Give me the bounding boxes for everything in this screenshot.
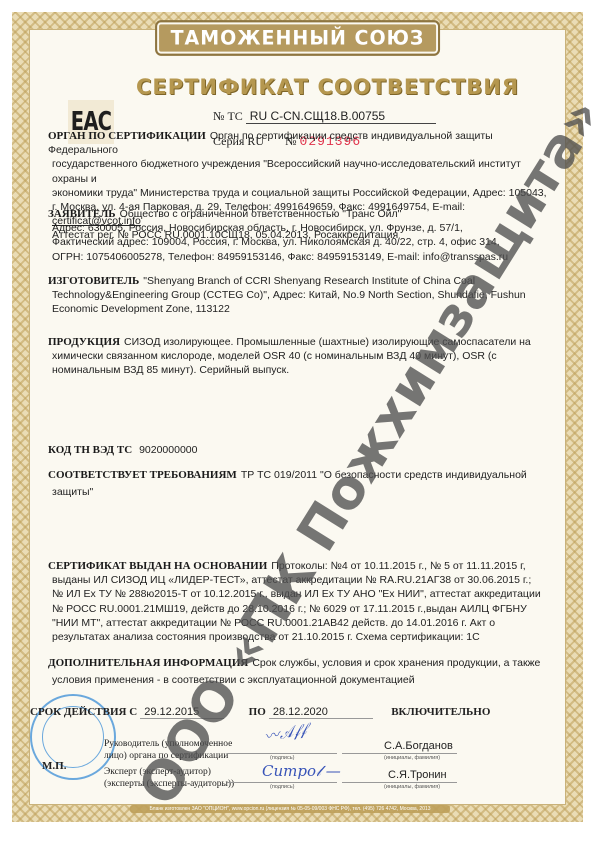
section-label: ДОПОЛНИТЕЛЬНАЯ ИНФОРМАЦИЯ bbox=[48, 657, 248, 669]
section-text: Протоколы: №4 от 10.11.2015 г., № 5 от 1… bbox=[271, 560, 525, 572]
section-text: Economic Development Zone, 113122 bbox=[48, 302, 553, 316]
section-label: КОД ТН ВЭД ТС bbox=[48, 444, 132, 456]
section-text: химически связанном кислороде, моделей O… bbox=[48, 349, 553, 363]
section-text: условия применения - в соответствии с эк… bbox=[48, 673, 553, 687]
head-signature-line bbox=[227, 753, 337, 754]
number-label: № ТС bbox=[213, 109, 243, 123]
section-text: Адрес: 630005, Россия, Новосибирская обл… bbox=[48, 221, 553, 235]
section-text: № ИЛ Ex ТУ № 288ю2015-Т от 10.12.2015 г.… bbox=[48, 587, 553, 601]
section-text: "Shenyang Branch of CCRI Shenyang Resear… bbox=[143, 275, 475, 287]
section-text: государственного бюджетного учреждения "… bbox=[48, 157, 553, 185]
section-text: Общество с ограниченной ответственностью… bbox=[120, 208, 402, 220]
section-basis: СЕРТИФИКАТ ВЫДАН НА ОСНОВАНИИПротоколы: … bbox=[48, 559, 553, 644]
signature-caption: (подпись) bbox=[270, 755, 294, 761]
certificate-title: СЕРТИФИКАТ СООТВЕТСТВИЯ bbox=[30, 75, 565, 99]
section-label: ПРОДУКЦИЯ bbox=[48, 336, 120, 348]
section-text: "НИИ МТ", аттестат аккредитации № РОСС R… bbox=[48, 616, 553, 630]
inclusive-label: ВКЛЮЧИТЕЛЬНО bbox=[391, 706, 490, 718]
section-product: ПРОДУКЦИЯСИЗОД изолирующее. Промышленные… bbox=[48, 335, 553, 378]
section-text: Срок службы, условия и срок хранения про… bbox=[252, 657, 540, 669]
section-label: СООТВЕТСТВУЕТ ТРЕБОВАНИЯМ bbox=[48, 469, 237, 481]
tn-ved-code-value: 9020000000 bbox=[139, 444, 197, 456]
signature-caption: (подпись) bbox=[270, 784, 294, 790]
name-caption: (инициалы, фамилия) bbox=[384, 784, 440, 790]
section-manufacturer: ИЗГОТОВИТЕЛЬ"Shenyang Branch of CCRI She… bbox=[48, 274, 553, 317]
number-value: RU C-CN.СЩ18.B.00755 bbox=[246, 109, 436, 124]
section-label: ИЗГОТОВИТЕЛЬ bbox=[48, 275, 139, 287]
section-label: ОРГАН ПО СЕРТИФИКАЦИИ bbox=[48, 130, 206, 142]
expert-signature-line bbox=[227, 782, 337, 783]
expert-name-line bbox=[342, 782, 457, 783]
certificate-frame: ТАМОЖЕННЫЙ СОЮЗ СЕРТИФИКАТ СООТВЕТСТВИЯ … bbox=[12, 12, 583, 822]
section-text: выданы ИЛ СИЗОД ИЦ «ЛИДЕР-ТЕСТ», аттеста… bbox=[48, 573, 553, 587]
role-text: Руководитель (уполномоченное bbox=[104, 738, 232, 750]
customs-union-badge: ТАМОЖЕННЫЙ СОЮЗ bbox=[155, 20, 441, 56]
section-text: номинальным ВЗД 85 минут). Серийный выпу… bbox=[48, 363, 553, 377]
role-text: лицо) органа по сертификации bbox=[104, 750, 232, 762]
section-additional-info: ДОПОЛНИТЕЛЬНАЯ ИНФОРМАЦИЯСрок службы, ус… bbox=[48, 656, 553, 687]
expert-name: С.Я.Тронин bbox=[388, 769, 447, 781]
name-caption: (инициалы, фамилия) bbox=[384, 755, 440, 761]
head-role: Руководитель (уполномоченное лицо) орган… bbox=[104, 738, 232, 762]
print-info-footer: Бланк изготовлен ЗАО "ОПЦИОН", www.opcio… bbox=[130, 805, 450, 813]
validity-period: СРОК ДЕЙСТВИЯ С 29.12.2015 ПО 28.12.2020… bbox=[30, 706, 490, 719]
section-text: СИЗОД изолирующее. Промышленные (шахтные… bbox=[124, 336, 531, 348]
section-label: ЗАЯВИТЕЛЬ bbox=[48, 208, 116, 220]
valid-to-value: 28.12.2020 bbox=[269, 706, 373, 719]
section-requirements: СООТВЕТСТВУЕТ ТРЕБОВАНИЯМТР ТС 019/2011 … bbox=[48, 468, 553, 499]
section-applicant: ЗАЯВИТЕЛЬОбщество с ограниченной ответст… bbox=[48, 207, 553, 264]
section-text: защиты" bbox=[48, 485, 553, 499]
expert-role: Эксперт (эксперт-аудитор) (эксперты (экс… bbox=[104, 766, 234, 790]
valid-from-value: 29.12.2015 bbox=[140, 706, 224, 719]
role-text: Эксперт (эксперт-аудитор) bbox=[104, 766, 234, 778]
expert-signature: Cитро𝓁 — bbox=[262, 762, 341, 780]
valid-from-label: СРОК ДЕЙСТВИЯ С bbox=[30, 706, 137, 718]
section-label: СЕРТИФИКАТ ВЫДАН НА ОСНОВАНИИ bbox=[48, 560, 267, 572]
certificate-body: ТАМОЖЕННЫЙ СОЮЗ СЕРТИФИКАТ СООТВЕТСТВИЯ … bbox=[29, 29, 566, 805]
section-text: Technology&Engineering Group (CCTEG Co)"… bbox=[48, 288, 553, 302]
section-tn-ved-code: КОД ТН ВЭД ТС 9020000000 bbox=[48, 443, 553, 457]
section-text: № РОСС RU.0001.21МШ19, действ до 28.10.2… bbox=[48, 602, 553, 616]
valid-to-label: ПО bbox=[249, 706, 266, 718]
head-name: С.А.Богданов bbox=[384, 740, 453, 752]
section-text: результатах анализа состояния производст… bbox=[48, 630, 553, 644]
section-text: ОГРН: 1075406005278, Телефон: 8495915314… bbox=[48, 250, 553, 264]
certificate-number: № ТС RU C-CN.СЩ18.B.00755 bbox=[213, 109, 436, 124]
section-text: ТР ТС 019/2011 "О безопасности средств и… bbox=[241, 469, 527, 481]
section-text: Фактический адрес: 109004, Россия, г. Мо… bbox=[48, 235, 553, 249]
head-name-line bbox=[342, 753, 457, 754]
stamp-place-label: М.П. bbox=[42, 760, 66, 772]
section-text: экономики труда" Министерства труда и со… bbox=[48, 186, 553, 200]
role-text: (эксперты (эксперты-аудиторы)) bbox=[104, 778, 234, 790]
